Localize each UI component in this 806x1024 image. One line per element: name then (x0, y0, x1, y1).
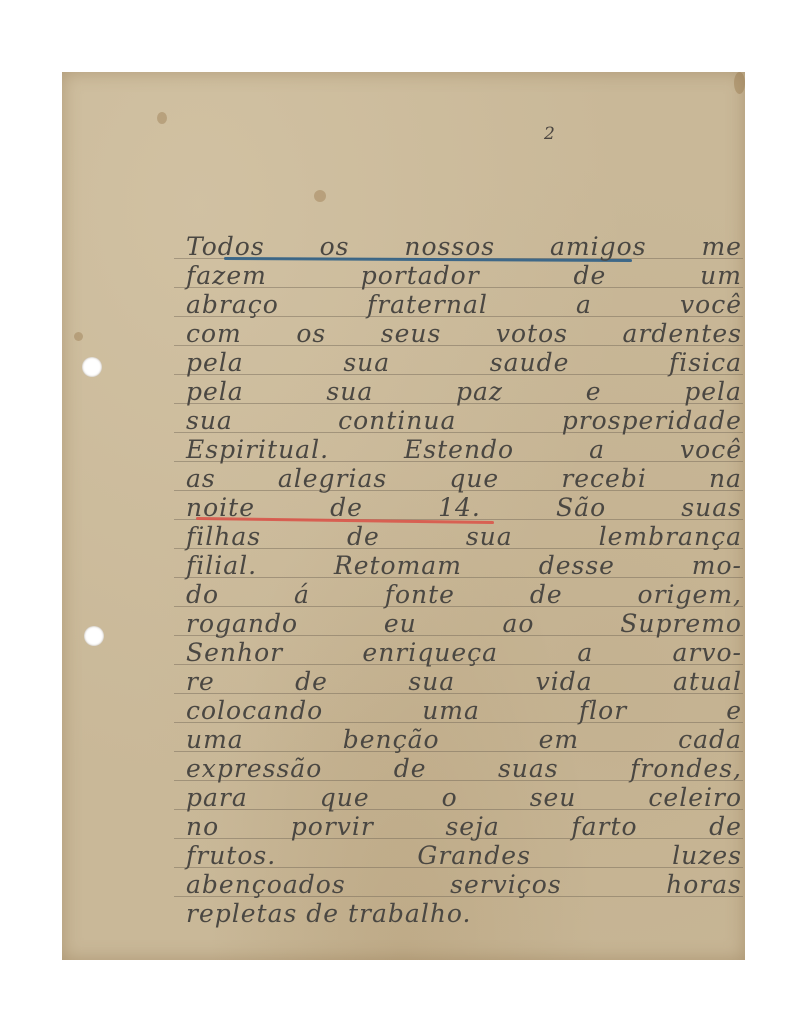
paper-stain (74, 332, 83, 341)
word: uma (422, 696, 480, 725)
word: lembrança (599, 522, 742, 551)
text-line: abençoadosserviçoshoras (186, 870, 742, 899)
word: Senhor (186, 638, 283, 667)
word: de (530, 580, 563, 609)
word: pela (684, 377, 742, 406)
word: os (320, 232, 350, 261)
word: para (186, 783, 248, 812)
word: você (680, 290, 742, 319)
word: fisica (669, 348, 742, 377)
word: de (574, 261, 607, 290)
word: de (394, 754, 427, 783)
text-line: paraqueoseuceleiro (186, 783, 742, 812)
word: continua (338, 406, 456, 435)
word: paz (456, 377, 503, 406)
word: São (556, 493, 606, 522)
word: um (700, 261, 742, 290)
text-line: umabençãoemcada (186, 725, 742, 754)
word: filhas (186, 522, 261, 551)
word: você (680, 435, 742, 464)
word: sua (326, 377, 373, 406)
word: ao (503, 609, 535, 638)
word: de (709, 812, 742, 841)
word: eu (384, 609, 417, 638)
word: saude (490, 348, 570, 377)
paper-stain (734, 72, 745, 94)
word: de (347, 522, 380, 551)
word: as (186, 464, 216, 493)
text-line: pelasuasaudefisica (186, 348, 742, 377)
word: fazem (186, 261, 267, 290)
text-line: abraçofraternalavocê (186, 290, 742, 319)
word: que (320, 783, 370, 812)
word: seu (530, 783, 577, 812)
text-line: noporvirsejafartode (186, 812, 742, 841)
word: atual (673, 667, 742, 696)
word: flor (579, 696, 627, 725)
text-line: pelasuapazepela (186, 377, 742, 406)
text-line: filial.Retomamdessemo- (186, 551, 742, 580)
word: noite (186, 493, 255, 522)
word: enriqueça (362, 638, 498, 667)
word: na (709, 464, 742, 493)
word: porvir (291, 812, 374, 841)
word: nossos (404, 232, 495, 261)
text-line: frutos.Grandesluzes (186, 841, 742, 870)
word: os (296, 319, 326, 348)
word: origem, (638, 580, 742, 609)
text-line: Senhorenriqueçaaarvo- (186, 638, 742, 667)
text-line: rogandoeuaoSupremo (186, 609, 742, 638)
word: com (186, 319, 242, 348)
word: ardentes (623, 319, 742, 348)
word: o (442, 783, 458, 812)
word: sua (343, 348, 390, 377)
text-line: comosseusvotosardentes (186, 319, 742, 348)
word: amigos (550, 232, 647, 261)
text-line: fazemportadordeum (186, 261, 742, 290)
word: celeiro (648, 783, 742, 812)
text-line: redesuavidaatual (186, 667, 742, 696)
word: suas (498, 754, 559, 783)
word: Todos (186, 232, 265, 261)
word: benção (343, 725, 440, 754)
word: sua (186, 406, 233, 435)
word: pela (186, 348, 244, 377)
word: em (539, 725, 580, 754)
word: que (449, 464, 499, 493)
word: sua (466, 522, 513, 551)
word: serviços (450, 870, 562, 899)
text-line: colocandoumaflore (186, 696, 742, 725)
word: mo- (692, 551, 742, 580)
word: suas (681, 493, 742, 522)
word: no (186, 812, 219, 841)
text-line: noitede14.Sãosuas (186, 493, 742, 522)
word: seja (445, 812, 499, 841)
word: colocando (186, 696, 323, 725)
word: desse (539, 551, 615, 580)
text-line: Espiritual.Estendoavocê (186, 435, 742, 464)
word: fonte (385, 580, 455, 609)
word: Espiritual. (186, 435, 329, 464)
word: abraço (186, 290, 279, 319)
word: á (294, 580, 310, 609)
word: do (186, 580, 219, 609)
word: recebi (561, 464, 647, 493)
word: alegrias (278, 464, 387, 493)
letter-paper: 2 Todososnossosamigosme fazemportadordeu… (62, 72, 745, 960)
text-line: expressãodesuasfrondes, (186, 754, 742, 783)
word: expressão (186, 754, 322, 783)
word: votos (496, 319, 568, 348)
word: luzes (672, 841, 742, 870)
word: Supremo (620, 609, 742, 638)
word: pela (186, 377, 244, 406)
word: arvo- (673, 638, 742, 667)
word: cada (678, 725, 742, 754)
punch-hole-top (82, 357, 102, 377)
word: rogando (186, 609, 298, 638)
text-line: filhasdesualembrança (186, 522, 742, 551)
text-line: repletas de trabalho. (186, 899, 742, 928)
word: abençoados (186, 870, 346, 899)
word: a (576, 290, 592, 319)
word: filial. (186, 551, 257, 580)
word: sua (408, 667, 455, 696)
handwritten-text: Todososnossosamigosme fazemportadordeum … (186, 232, 742, 928)
word: Estendo (404, 435, 514, 464)
word: horas (666, 870, 742, 899)
word: e (726, 696, 742, 725)
word: a (589, 435, 605, 464)
text-line: doáfontedeorigem, (186, 580, 742, 609)
paper-stain (157, 112, 167, 124)
text-line: suacontinuaprosperidade (186, 406, 742, 435)
word: prosperidade (562, 406, 742, 435)
word: vida (536, 667, 593, 696)
word: me (701, 232, 742, 261)
word: fraternal (367, 290, 488, 319)
word: de (330, 493, 363, 522)
word: de (295, 667, 328, 696)
word: portador (361, 261, 480, 290)
word: Grandes (417, 841, 531, 870)
word: frondes, (630, 754, 742, 783)
word: frutos. (186, 841, 276, 870)
word: a (577, 638, 593, 667)
word: farto (571, 812, 637, 841)
word: uma (186, 725, 244, 754)
word: seus (381, 319, 442, 348)
text-line: Todososnossosamigosme (186, 232, 742, 261)
word: 14. (438, 493, 481, 522)
page-number: 2 (544, 124, 555, 144)
word: e (586, 377, 602, 406)
punch-hole-bottom (84, 626, 104, 646)
word: Retomam (334, 551, 462, 580)
paper-stain (314, 190, 326, 202)
word: re (186, 667, 215, 696)
text-line: asalegriasquerecebina (186, 464, 742, 493)
